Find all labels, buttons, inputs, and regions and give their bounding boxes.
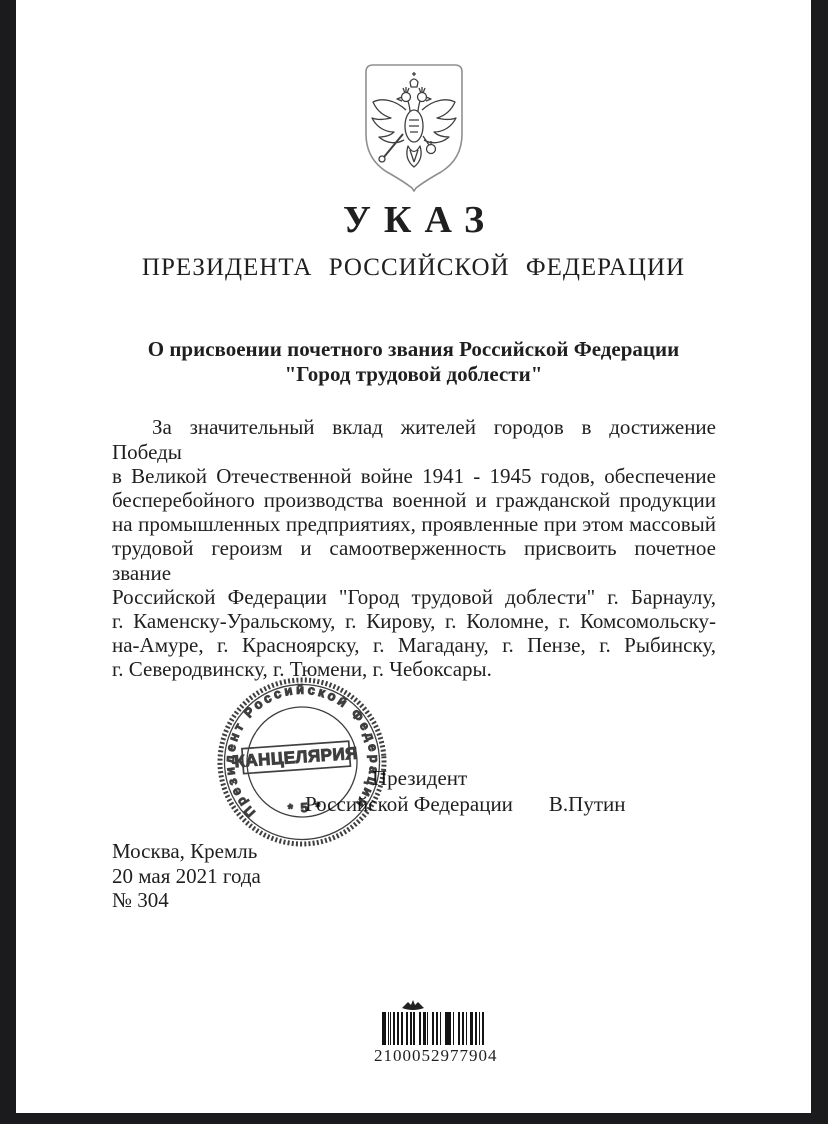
issue-date: 20 мая 2021 года [112, 864, 261, 889]
decree-body: За значительный вклад жителей городов в … [112, 415, 716, 681]
body-line: в Великой Отечественной войне 1941 - 194… [112, 464, 716, 488]
barcode-digits: 2 100052 97790 4 [374, 1046, 492, 1066]
subject-line-2: "Город трудовой доблести" [16, 362, 811, 387]
body-line: на промышленных предприятиях, проявленны… [112, 512, 716, 536]
body-line: За значительный вклад жителей городов в … [112, 415, 716, 463]
body-line: трудовой героизм и самоотверженность при… [112, 536, 716, 584]
barcode-digit-group: 100052 [384, 1046, 441, 1066]
issue-place: Москва, Кремль [112, 839, 261, 864]
chancellery-stamp: Президент Российской Федерации КАНЦЕЛЯРИ… [212, 672, 392, 852]
stamp-number: * 5 * [287, 799, 323, 816]
issue-block: Москва, Кремль 20 мая 2021 года № 304 [112, 839, 261, 913]
decree-org: ПРЕЗИДЕНТА РОССИЙСКОЙ ФЕДЕРАЦИИ [16, 254, 811, 282]
barcode-digit-group: 2 [374, 1046, 384, 1066]
body-line: на-Амуре, г. Красноярску, г. Магадану, г… [112, 633, 716, 657]
decree-subject: О присвоении почетного звания Российской… [16, 337, 811, 387]
body-line: Российской Федерации "Город трудовой доб… [112, 585, 716, 609]
body-line: г. Каменску-Уральскому, г. Кирову, г. Ко… [112, 609, 716, 633]
barcode: 2 100052 97790 4 [368, 998, 498, 1066]
barcode-digit-group: 97790 [441, 1046, 489, 1066]
barcode-eagle-icon [400, 998, 426, 1011]
decree-number: № 304 [112, 888, 261, 913]
barcode-bars [382, 1012, 484, 1045]
screenshot-frame: УКАЗ ПРЕЗИДЕНТА РОССИЙСКОЙ ФЕДЕРАЦИИ О п… [0, 0, 828, 1124]
subject-line-1: О присвоении почетного звания Российской… [16, 337, 811, 362]
barcode-digit-group: 4 [488, 1046, 498, 1066]
body-line: бесперебойного производства военной и гр… [112, 488, 716, 512]
signatory-name: В.Путин [549, 792, 626, 818]
decree-page: УКАЗ ПРЕЗИДЕНТА РОССИЙСКОЙ ФЕДЕРАЦИИ О п… [16, 0, 811, 1113]
decree-title: УКАЗ [16, 200, 811, 242]
body-line: г. Северодвинску, г. Тюмени, г. Чебоксар… [112, 657, 716, 681]
russia-coat-of-arms-icon [363, 62, 465, 192]
